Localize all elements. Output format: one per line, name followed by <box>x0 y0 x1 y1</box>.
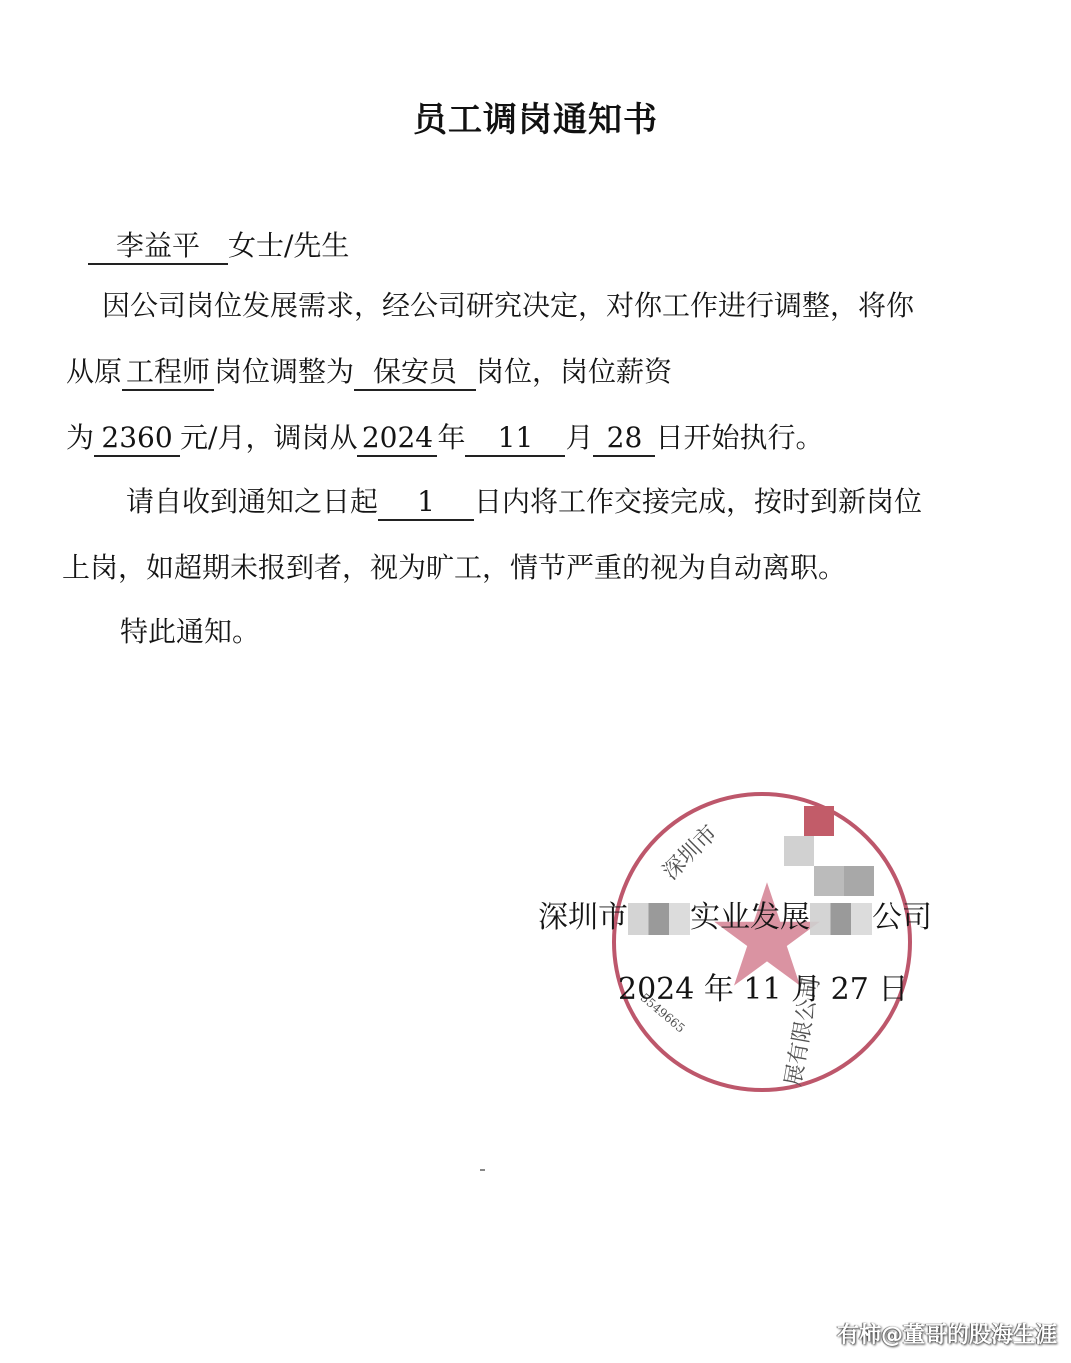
employee-name: 李益平 <box>88 229 228 265</box>
text-salary-unit: 元/月，调岗从 <box>180 421 357 454</box>
text-from-notice: 请自收到通知之日起 <box>126 485 378 518</box>
paragraph1-line1: 因公司岗位发展需求，经公司研究决定，对你工作进行调整，将你 <box>102 286 914 326</box>
text-handover: 日内将工作交接完成，按时到新岗位 <box>474 485 922 518</box>
company-mid: 实业发展 <box>690 900 810 935</box>
redacted-mosaic <box>810 903 872 935</box>
old-position: 工程师 <box>122 355 214 391</box>
text-month: 月 <box>565 421 593 454</box>
effective-month: 11 <box>465 421 565 457</box>
text-as: 为 <box>66 421 94 454</box>
mosaic-block <box>784 836 814 866</box>
text-from: 从原 <box>66 355 122 388</box>
company-seal: 深圳市 展有限公司 5549665 <box>612 792 912 1092</box>
document-title: 员工调岗通知书 <box>0 92 1071 141</box>
salutation: 李益平女士/先生 <box>88 226 349 266</box>
paragraph2-line2: 上岗，如超期未报到者，视为旷工，情节严重的视为自动离职。 <box>62 548 846 588</box>
salary-value: 2360 <box>94 421 180 457</box>
paragraph1-line2: 从原工程师岗位调整为保安员岗位，岗位薪资 <box>66 352 672 392</box>
new-position: 保安员 <box>354 355 476 391</box>
text-adjust-to: 岗位调整为 <box>214 355 354 388</box>
text-year: 年 <box>437 421 465 454</box>
effective-year: 2024 <box>357 421 437 457</box>
text-salary-label: 岗位，岗位薪资 <box>476 355 672 388</box>
scan-speck <box>480 1169 485 1171</box>
salutation-suffix: 女士/先生 <box>228 229 349 262</box>
paragraph1-line3: 为2360元/月，调岗从2024年11月28日开始执行。 <box>66 418 824 458</box>
handover-days: 1 <box>378 485 474 521</box>
text-day-suffix: 日开始执行。 <box>655 421 823 454</box>
closing-text: 特此通知。 <box>120 612 260 652</box>
seal-arc-text-top: 深圳市 <box>655 817 724 886</box>
watermark: 有柿@董哥的股海生涯 <box>837 1318 1057 1349</box>
signature-date: 2024 年 11 月 27 日 <box>618 964 908 1008</box>
effective-day: 28 <box>593 421 655 457</box>
company-suffix: 公司 <box>872 900 932 935</box>
paragraph2-line1: 请自收到通知之日起1日内将工作交接完成，按时到新岗位 <box>126 482 922 522</box>
redacted-mosaic <box>628 903 690 935</box>
mosaic-block <box>804 806 834 836</box>
company-name: 深圳市实业发展公司 <box>538 892 932 936</box>
company-prefix: 深圳市 <box>538 900 628 935</box>
